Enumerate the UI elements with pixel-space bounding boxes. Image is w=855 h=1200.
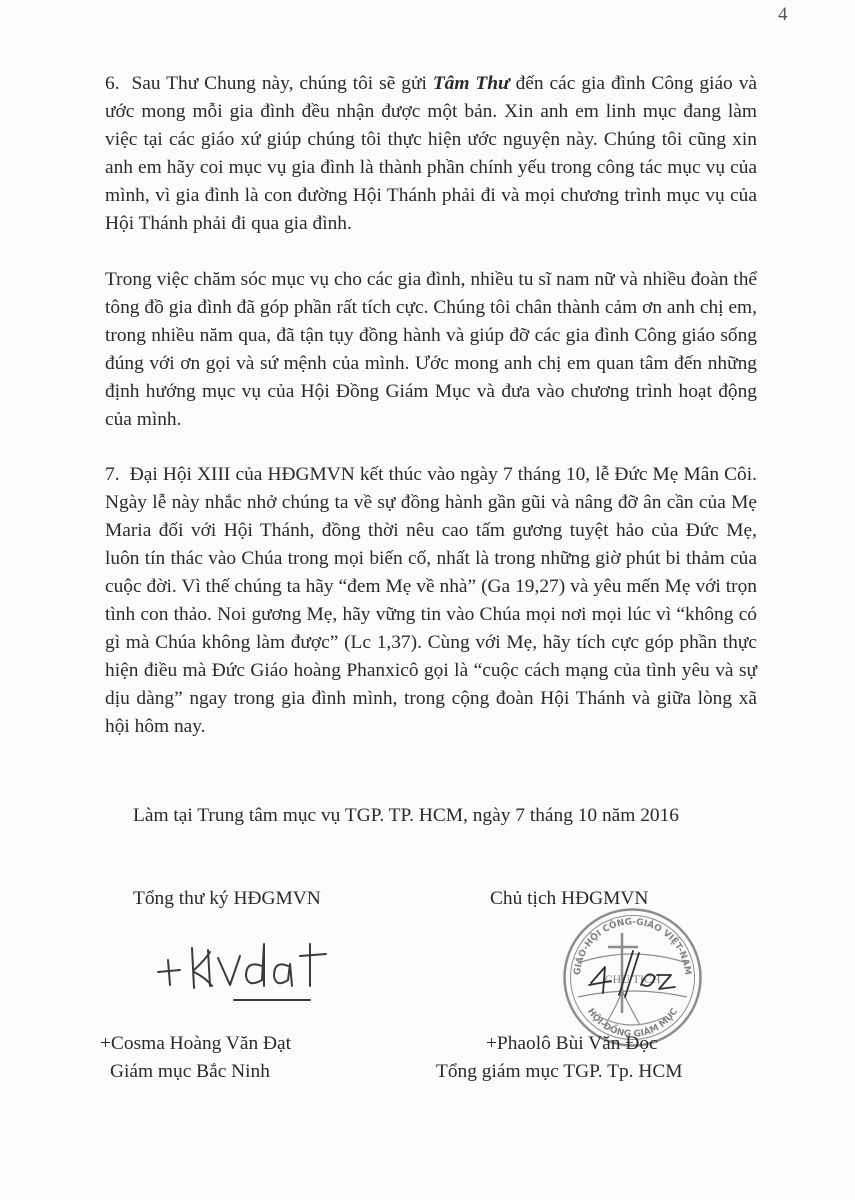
paragraph-number: 7.: [105, 464, 120, 485]
paragraph-7: 7. Đại Hội XIII của HĐGMVN kết thúc vào …: [105, 461, 757, 741]
secretary-name: +Cosma Hoàng Văn Đạt: [100, 1030, 291, 1058]
paragraph-text-before: Sau Thư Chung này, chúng tôi sẽ gửi: [131, 73, 432, 94]
paragraph-text-after: đến các gia đình Công giáo và ước mong m…: [105, 73, 757, 234]
president-signature-icon: [585, 945, 685, 1005]
paragraph-text: Đại Hội XIII của HĐGMVN kết thúc vào ngà…: [105, 464, 757, 737]
emphasis-tam-thu: Tâm Thư: [433, 73, 510, 94]
paragraph-pastoral-care: Trong việc chăm sóc mục vụ cho các gia đ…: [105, 266, 757, 434]
handwritten-signature-icon: [150, 930, 350, 1010]
place-date-line: Làm tại Trung tâm mục vụ TGP. TP. HCM, n…: [133, 802, 679, 830]
president-role: Tổng giám mục TGP. Tp. HCM: [436, 1058, 683, 1086]
secretary-title: Tổng thư ký HĐGMVN: [133, 885, 321, 913]
paragraph-6: 6. Sau Thư Chung này, chúng tôi sẽ gửi T…: [105, 70, 757, 238]
page-number: 4: [778, 4, 788, 26]
paragraph-number: 6.: [105, 73, 120, 94]
president-name: +Phaolô Bùi Văn Đọc: [486, 1030, 658, 1058]
secretary-role: Giám mục Bắc Ninh: [110, 1058, 270, 1086]
